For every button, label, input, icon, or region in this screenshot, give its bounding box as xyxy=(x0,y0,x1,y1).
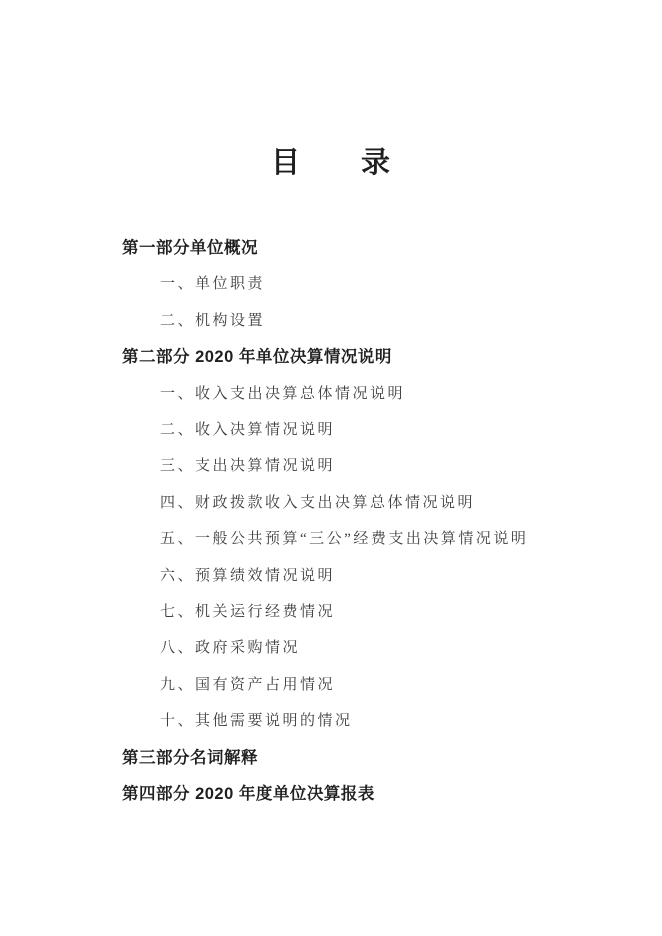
toc-entry-2-3: 三、支出决算情况说明 xyxy=(122,448,662,484)
toc-entry-2-6: 六、预算绩效情况说明 xyxy=(122,558,662,594)
toc-entry-2-4: 四、财政拨款收入支出决算总体情况说明 xyxy=(122,485,662,521)
toc-entry-1-1: 一、单位职责 xyxy=(122,266,662,302)
toc-heading-part3: 第三部分名词解释 xyxy=(122,740,662,776)
toc-entry-2-8: 八、政府采购情况 xyxy=(122,630,662,666)
toc-entry-2-10: 十、其他需要说明的情况 xyxy=(122,703,662,739)
toc-list: 第一部分单位概况 一、单位职责 二、机构设置 第二部分 2020 年单位决算情况… xyxy=(0,230,662,813)
toc-heading-part4: 第四部分 2020 年度单位决算报表 xyxy=(122,776,662,812)
toc-entry-1-2: 二、机构设置 xyxy=(122,303,662,339)
toc-title: 目 录 xyxy=(0,143,662,183)
toc-entry-2-1: 一、收入支出决算总体情况说明 xyxy=(122,376,662,412)
document-page: 目 录 第一部分单位概况 一、单位职责 二、机构设置 第二部分 2020 年单位… xyxy=(0,0,662,936)
toc-entry-2-5: 五、一般公共预算“三公”经费支出决算情况说明 xyxy=(122,521,662,557)
toc-heading-part2: 第二部分 2020 年单位决算情况说明 xyxy=(122,339,662,375)
toc-entry-2-2: 二、收入决算情况说明 xyxy=(122,412,662,448)
toc-entry-2-7: 七、机关运行经费情况 xyxy=(122,594,662,630)
toc-heading-part1: 第一部分单位概况 xyxy=(122,230,662,266)
toc-entry-2-9: 九、国有资产占用情况 xyxy=(122,667,662,703)
